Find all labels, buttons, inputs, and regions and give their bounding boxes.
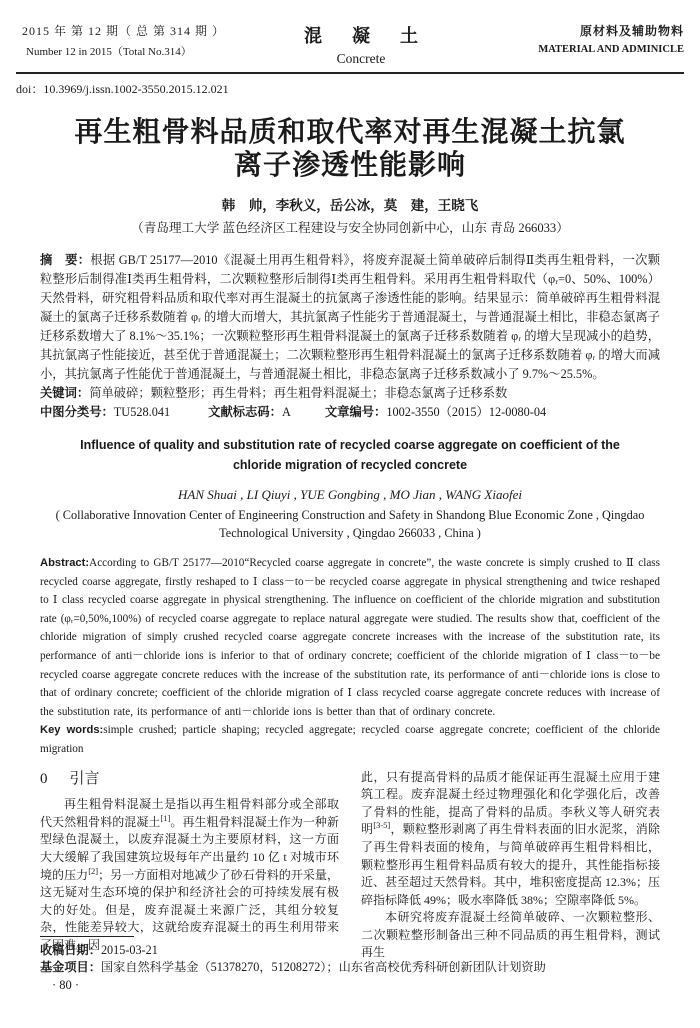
received-date-value: 2015-03-21 bbox=[101, 943, 158, 957]
keywords-label-en: Key words: bbox=[40, 724, 103, 736]
keywords-label-cn: 关键词： bbox=[40, 386, 89, 400]
abstract-text-en: According to GB/T 25177—2010“Recycled co… bbox=[40, 557, 660, 718]
received-date-line: 收稿日期：2015-03-21 bbox=[40, 942, 660, 959]
column-name-en: MATERIAL AND ADMINICLE bbox=[494, 44, 684, 55]
journal-title-en: Concrete bbox=[228, 51, 494, 67]
clc-segment: 中图分类号：TU528.041 bbox=[40, 403, 170, 422]
right-column: 此，只有提高骨料的品质才能保证再生混凝土应用于建筑工程。废弃混凝土经过物理强化和… bbox=[361, 769, 660, 963]
header-column-name: 原材料及辅助物料 MATERIAL AND ADMINICLE bbox=[494, 22, 684, 55]
clc-value: TU528.041 bbox=[114, 405, 170, 419]
keywords-en: Key words:simple crushed; particle shapi… bbox=[40, 721, 660, 758]
abstract-label-en: Abstract: bbox=[40, 557, 89, 569]
section-number: 0 bbox=[40, 771, 48, 787]
header-journal-title: 混凝土 Concrete bbox=[228, 22, 494, 67]
authors-en: HAN Shuai , LI Qiuyi , YUE Gongbing , MO… bbox=[16, 487, 684, 503]
footnote-block: 收稿日期：2015-03-21 基金项目：国家自然科学基金（51378270，5… bbox=[40, 936, 660, 976]
affiliation-en: ( Collaborative Innovation Center of Eng… bbox=[30, 506, 670, 542]
doc-code-segment: 文献标志码：A bbox=[208, 403, 291, 422]
keywords-cn: 关键词：简单破碎；颗粒整形；再生骨料；再生粗骨料混凝土；非稳态氯离子迁移系数 bbox=[40, 384, 660, 403]
abstract-cn: 摘 要：根据 GB/T 25177—2010《混凝土用再生粗骨料》，将废弃混凝土… bbox=[40, 251, 660, 384]
abstract-label-cn: 摘 要： bbox=[40, 253, 90, 267]
issue-info-en: Number 12 in 2015（Total No.314） bbox=[16, 43, 228, 59]
keywords-text-en: simple crushed; particle shaping; recycl… bbox=[40, 724, 660, 755]
fund-project-line: 基金项目：国家自然科学基金（51378270，51208272）；山东省高校优秀… bbox=[40, 959, 660, 976]
article-title-en: Influence of quality and substitution ra… bbox=[55, 435, 645, 475]
doc-code-value: A bbox=[282, 405, 291, 419]
journal-header: 2015 年 第 12 期（ 总 第 314 期 ） Number 12 in … bbox=[16, 22, 684, 67]
article-id-segment: 文章编号：1002-3550（2015）12-0080-04 bbox=[325, 403, 546, 422]
doi: doi：10.3969/j.issn.1002-3550.2015.12.021 bbox=[16, 80, 684, 97]
keywords-text-cn: 简单破碎；颗粒整形；再生骨料；再生粗骨料混凝土；非稳态氯离子迁移系数 bbox=[89, 386, 507, 400]
article-id-value: 1002-3550（2015）12-0080-04 bbox=[386, 405, 546, 419]
clc-label: 中图分类号： bbox=[40, 405, 114, 419]
authors-cn: 韩 帅，李秋义，岳公冰，莫 建，王晓飞 bbox=[16, 194, 684, 214]
classification-line: 中图分类号：TU528.041 文献标志码：A 文章编号：1002-3550（2… bbox=[40, 403, 660, 422]
left-column: 0引言 再生粗骨料混凝土是指以再生粗骨料部分或全部取代天然粗骨料的混凝土[1]。… bbox=[40, 769, 339, 963]
column-name-cn: 原材料及辅助物料 bbox=[494, 22, 684, 39]
header-divider bbox=[16, 72, 684, 74]
abstract-text-cn: 根据 GB/T 25177—2010《混凝土用再生粗骨料》，将废弃混凝土简单破碎… bbox=[40, 253, 660, 381]
section-title: 引言 bbox=[70, 771, 100, 787]
article-title-cn-line2: 离子渗透性能影响 bbox=[234, 149, 466, 180]
journal-title-cn: 混凝土 bbox=[228, 22, 494, 48]
article-title-cn-line1: 再生粗骨料品质和取代率对再生混凝土抗氯 bbox=[74, 116, 625, 147]
article-id-label: 文章编号： bbox=[325, 405, 387, 419]
issue-info-cn: 2015 年 第 12 期（ 总 第 314 期 ） bbox=[16, 22, 228, 39]
body-columns: 0引言 再生粗骨料混凝土是指以再生粗骨料部分或全部取代天然粗骨料的混凝土[1]。… bbox=[40, 769, 660, 963]
intro-paragraph-left: 再生粗骨料混凝土是指以再生粗骨料部分或全部取代天然粗骨料的混凝土[1]。再生粗骨… bbox=[40, 796, 339, 954]
received-date-label: 收稿日期： bbox=[40, 943, 101, 957]
fund-project-label: 基金项目： bbox=[40, 960, 101, 974]
footnote-divider bbox=[40, 936, 134, 937]
fund-project-value: 国家自然科学基金（51378270，51208272）；山东省高校优秀科研创新团… bbox=[101, 960, 546, 974]
abstract-en: Abstract:According to GB/T 25177—2010“Re… bbox=[40, 554, 660, 721]
doc-code-label: 文献标志码： bbox=[208, 405, 282, 419]
article-title-cn: 再生粗骨料品质和取代率对再生混凝土抗氯 离子渗透性能影响 bbox=[16, 115, 684, 181]
header-issue-info: 2015 年 第 12 期（ 总 第 314 期 ） Number 12 in … bbox=[16, 22, 228, 59]
intro-paragraph-right-1: 此，只有提高骨料的品质才能保证再生混凝土应用于建筑工程。废弃混凝土经过物理强化和… bbox=[361, 769, 660, 910]
affiliation-cn: （青岛理工大学 蓝色经济区工程建设与安全协同创新中心，山东 青岛 266033） bbox=[16, 217, 684, 236]
page-number: · 80 · bbox=[52, 978, 79, 993]
journal-page: 2015 年 第 12 期（ 总 第 314 期 ） Number 12 in … bbox=[0, 0, 700, 1028]
section-heading-introduction: 0引言 bbox=[40, 771, 339, 789]
